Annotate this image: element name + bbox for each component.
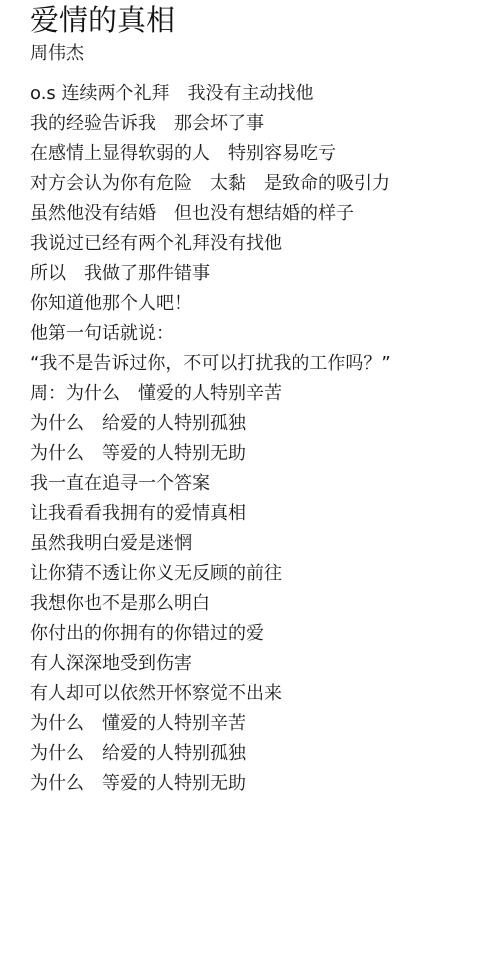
lyric-line: 为什么 给爱的人特别孤独 <box>30 409 391 439</box>
song-title: 爱情的真相 <box>30 1 175 39</box>
lyric-line: “我不是告诉过你，不可以打扰我的工作吗？” <box>30 349 391 379</box>
lyric-line: 为什么 等爱的人特别无助 <box>30 769 391 799</box>
lyric-line: 有人却可以依然开怀察觉不出来 <box>30 679 391 709</box>
lyric-line: o.s 连续两个礼拜 我没有主动找他 <box>30 79 391 109</box>
lyric-line: 有人深深地受到伤害 <box>30 649 391 679</box>
lyric-line: 所以 我做了那件错事 <box>30 259 391 289</box>
lyric-line: 为什么 等爱的人特别无助 <box>30 439 391 469</box>
lyric-line: 让我看看我拥有的爱情真相 <box>30 499 391 529</box>
lyric-line: 我的经验告诉我 那会坏了事 <box>30 109 391 139</box>
lyric-line: 对方会认为你有危险 太黏 是致命的吸引力 <box>30 169 391 199</box>
lyric-line: 为什么 懂爱的人特别辛苦 <box>30 709 391 739</box>
lyrics-list: o.s 连续两个礼拜 我没有主动找他 我的经验告诉我 那会坏了事 在感情上显得软… <box>30 79 391 799</box>
lyric-line: 为什么 给爱的人特别孤独 <box>30 739 391 769</box>
lyric-line: 我说过已经有两个礼拜没有找他 <box>30 229 391 259</box>
lyric-line: 我一直在追寻一个答案 <box>30 469 391 499</box>
lyric-line: 让你猜不透让你义无反顾的前往 <box>30 559 391 589</box>
lyric-line: 虽然他没有结婚 但也没有想结婚的样子 <box>30 199 391 229</box>
lyric-line: 你知道他那个人吧！ <box>30 289 391 319</box>
lyric-line: 虽然我明白爱是迷惘 <box>30 529 391 559</box>
lyric-line: 我想你也不是那么明白 <box>30 589 391 619</box>
lyric-line: 你付出的你拥有的你错过的爱 <box>30 619 391 649</box>
lyric-line: 在感情上显得软弱的人 特别容易吃亏 <box>30 139 391 169</box>
lyric-line: 他第一句话就说： <box>30 319 391 349</box>
lyric-line: 周：为什么 懂爱的人特别辛苦 <box>30 379 391 409</box>
artist-name: 周伟杰 <box>30 41 84 67</box>
